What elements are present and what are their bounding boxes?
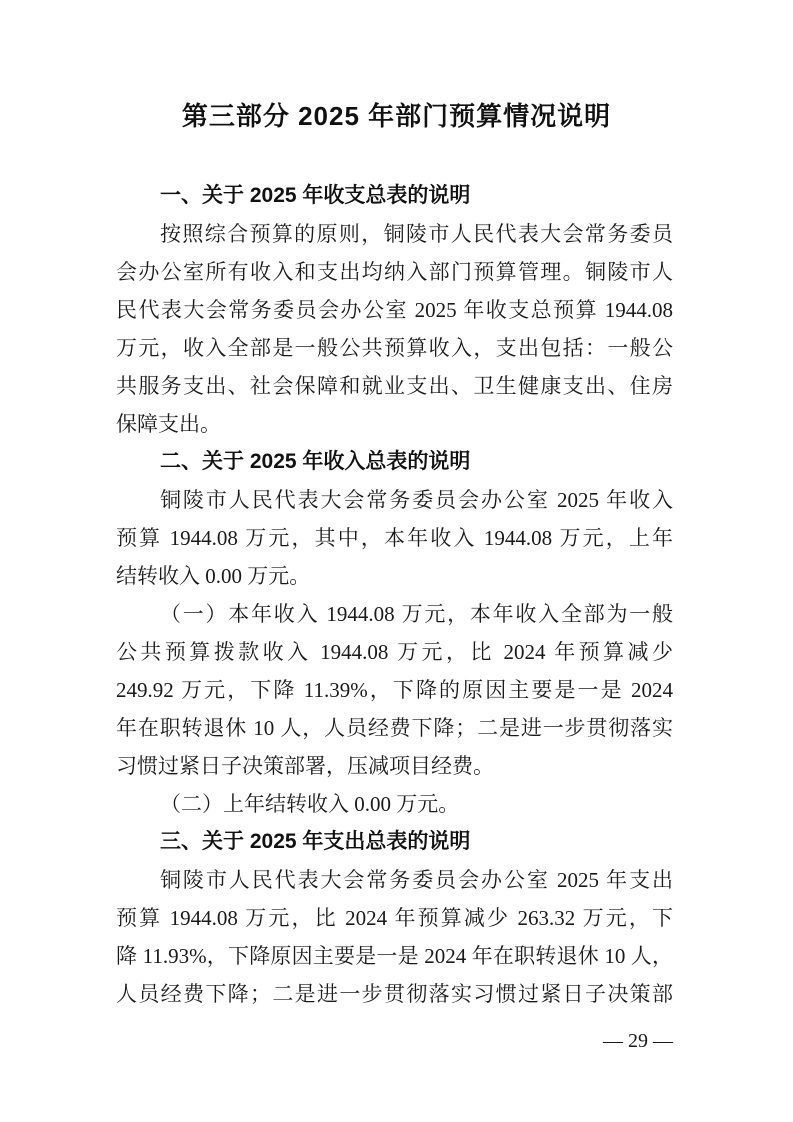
paragraph-line: 共服务支出、社会保障和就业支出、卫生健康支出、住房	[116, 367, 673, 405]
paragraph-line: 会办公室所有收入和支出均纳入部门预算管理。铜陵市人	[116, 253, 673, 291]
paragraph-line: 预算 1944.08 万元，比 2024 年预算减少 263.32 万元，下	[116, 899, 673, 937]
paragraph-line: 习惯过紧日子决策部署，压减项目经费。	[116, 747, 673, 785]
paragraph-line: 按照综合预算的原则，铜陵市人民代表大会常务委员	[116, 215, 673, 253]
paragraph-line: 保障支出。	[116, 405, 673, 443]
paragraph-line: 预算 1944.08 万元，其中，本年收入 1944.08 万元，上年	[116, 519, 673, 557]
paragraph-line: 年在职转退休 10 人，人员经费下降；二是进一步贯彻落实	[116, 709, 673, 747]
paragraph-line: 公共预算拨款收入 1944.08 万元，比 2024 年预算减少	[116, 633, 673, 671]
section-heading: 三、关于 2025 年支出总表的说明	[116, 823, 673, 861]
paragraph-line: 民代表大会常务委员会办公室 2025 年收支总预算 1944.08	[116, 291, 673, 329]
page-number: — 29 —	[603, 1028, 673, 1054]
paragraph-line: （一）本年收入 1944.08 万元，本年收入全部为一般	[116, 595, 673, 633]
paragraph-line: 结转收入 0.00 万元。	[116, 557, 673, 595]
paragraph-line: （二）上年结转收入 0.00 万元。	[116, 785, 673, 823]
paragraph-line: 铜陵市人民代表大会常务委员会办公室 2025 年收入	[116, 481, 673, 519]
document-body: 一、关于 2025 年收支总表的说明按照综合预算的原则，铜陵市人民代表大会常务委…	[116, 177, 673, 1013]
page-title: 第三部分 2025 年部门预算情况说明	[0, 99, 793, 133]
paragraph-line: 249.92 万元，下降 11.39%，下降的原因主要是一是 2024	[116, 671, 673, 709]
document-page: 第三部分 2025 年部门预算情况说明 一、关于 2025 年收支总表的说明按照…	[0, 0, 793, 1122]
paragraph-line: 万元，收入全部是一般公共预算收入，支出包括：一般公	[116, 329, 673, 367]
paragraph-line: 人员经费下降；二是进一步贯彻落实习惯过紧日子决策部	[116, 975, 673, 1013]
paragraph-line: 降 11.93%，下降原因主要是一是 2024 年在职转退休 10 人，	[116, 937, 673, 975]
section-heading: 一、关于 2025 年收支总表的说明	[116, 177, 673, 215]
paragraph-line: 铜陵市人民代表大会常务委员会办公室 2025 年支出	[116, 861, 673, 899]
section-heading: 二、关于 2025 年收入总表的说明	[116, 443, 673, 481]
